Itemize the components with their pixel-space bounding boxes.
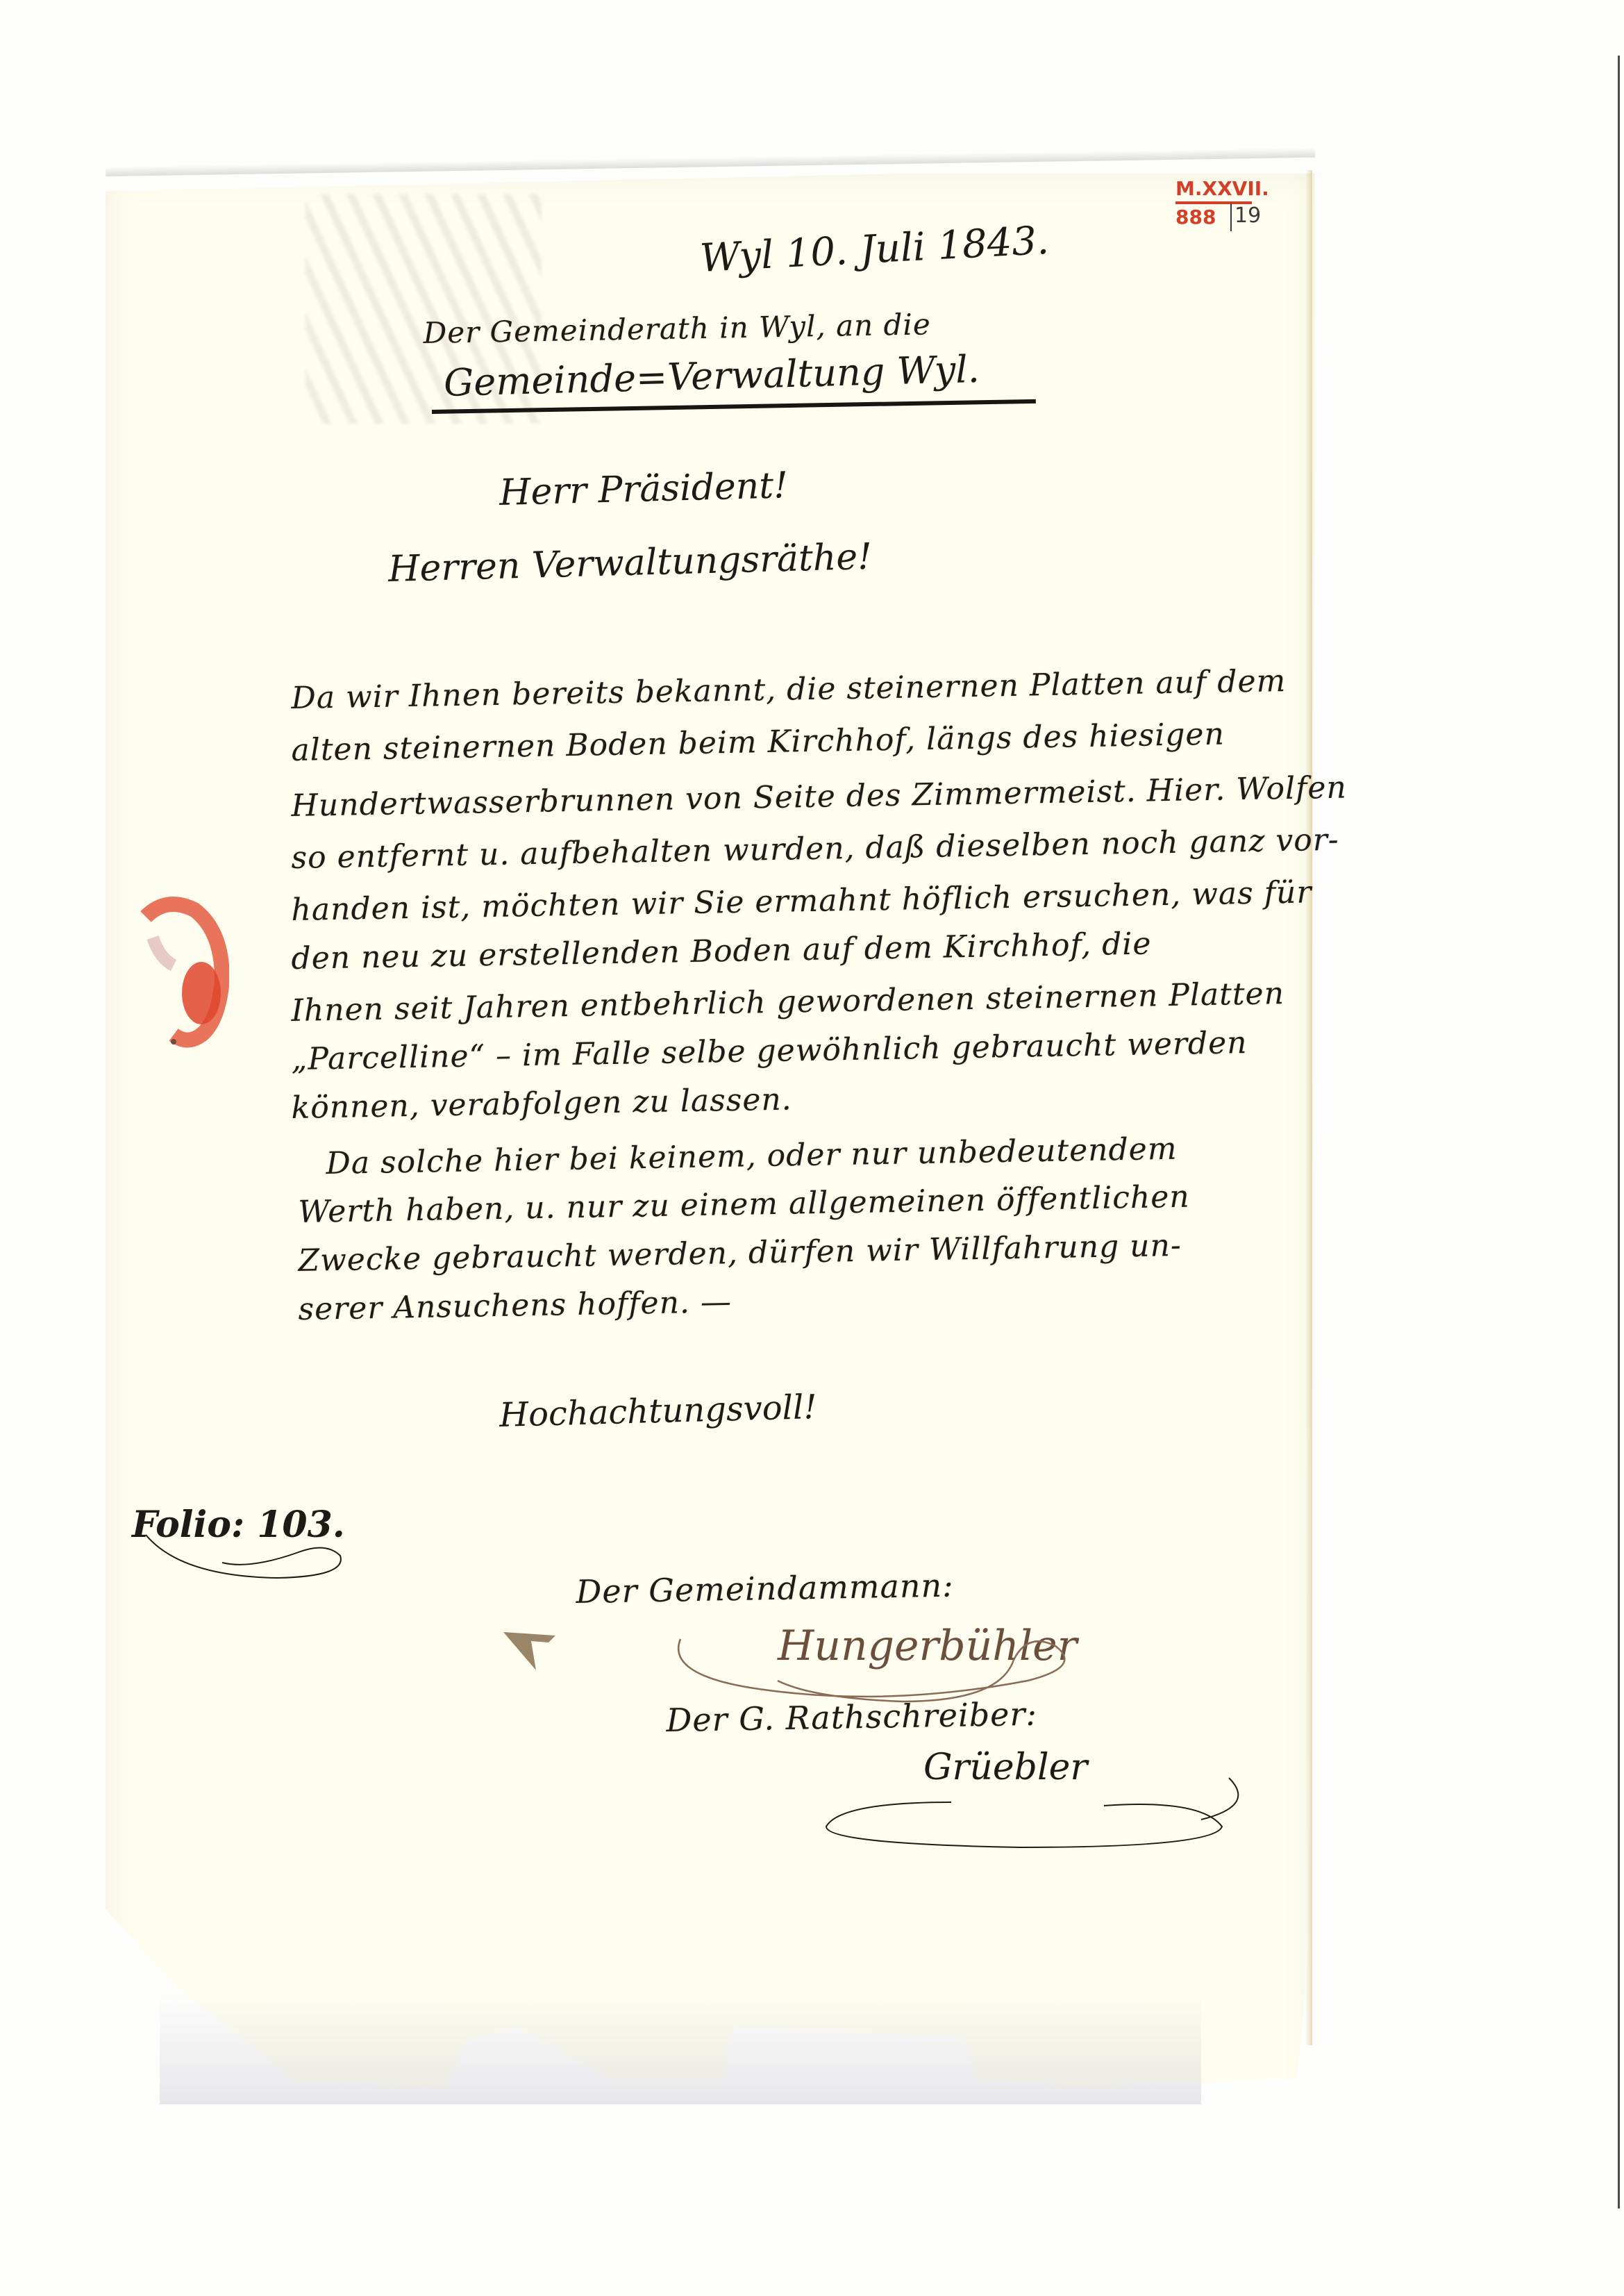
paper-right-edge: [1305, 170, 1312, 2045]
signature-role-clerk: Der G. Rathschreiber:: [666, 1695, 1037, 1739]
paper-fold-damage: [160, 1993, 1201, 2104]
scanner-edge-line: [1618, 56, 1620, 2208]
pencil-folio-number: 19: [1230, 203, 1261, 231]
wax-seal-remnant: [125, 889, 229, 1049]
signature-role-mayor: Der Gemeindammann:: [576, 1567, 954, 1611]
signature-flourish-black: [812, 1764, 1257, 1854]
body-line: serer Ansuchens hoffen. —: [298, 1284, 732, 1327]
folio-flourish: [139, 1528, 361, 1583]
closing: Hochachtungsvoll!: [499, 1388, 818, 1435]
archive-mark-top: M.XXVII.: [1175, 177, 1252, 204]
ink-blot: [500, 1629, 559, 1674]
salutation-president: Herr Präsident!: [499, 465, 788, 514]
